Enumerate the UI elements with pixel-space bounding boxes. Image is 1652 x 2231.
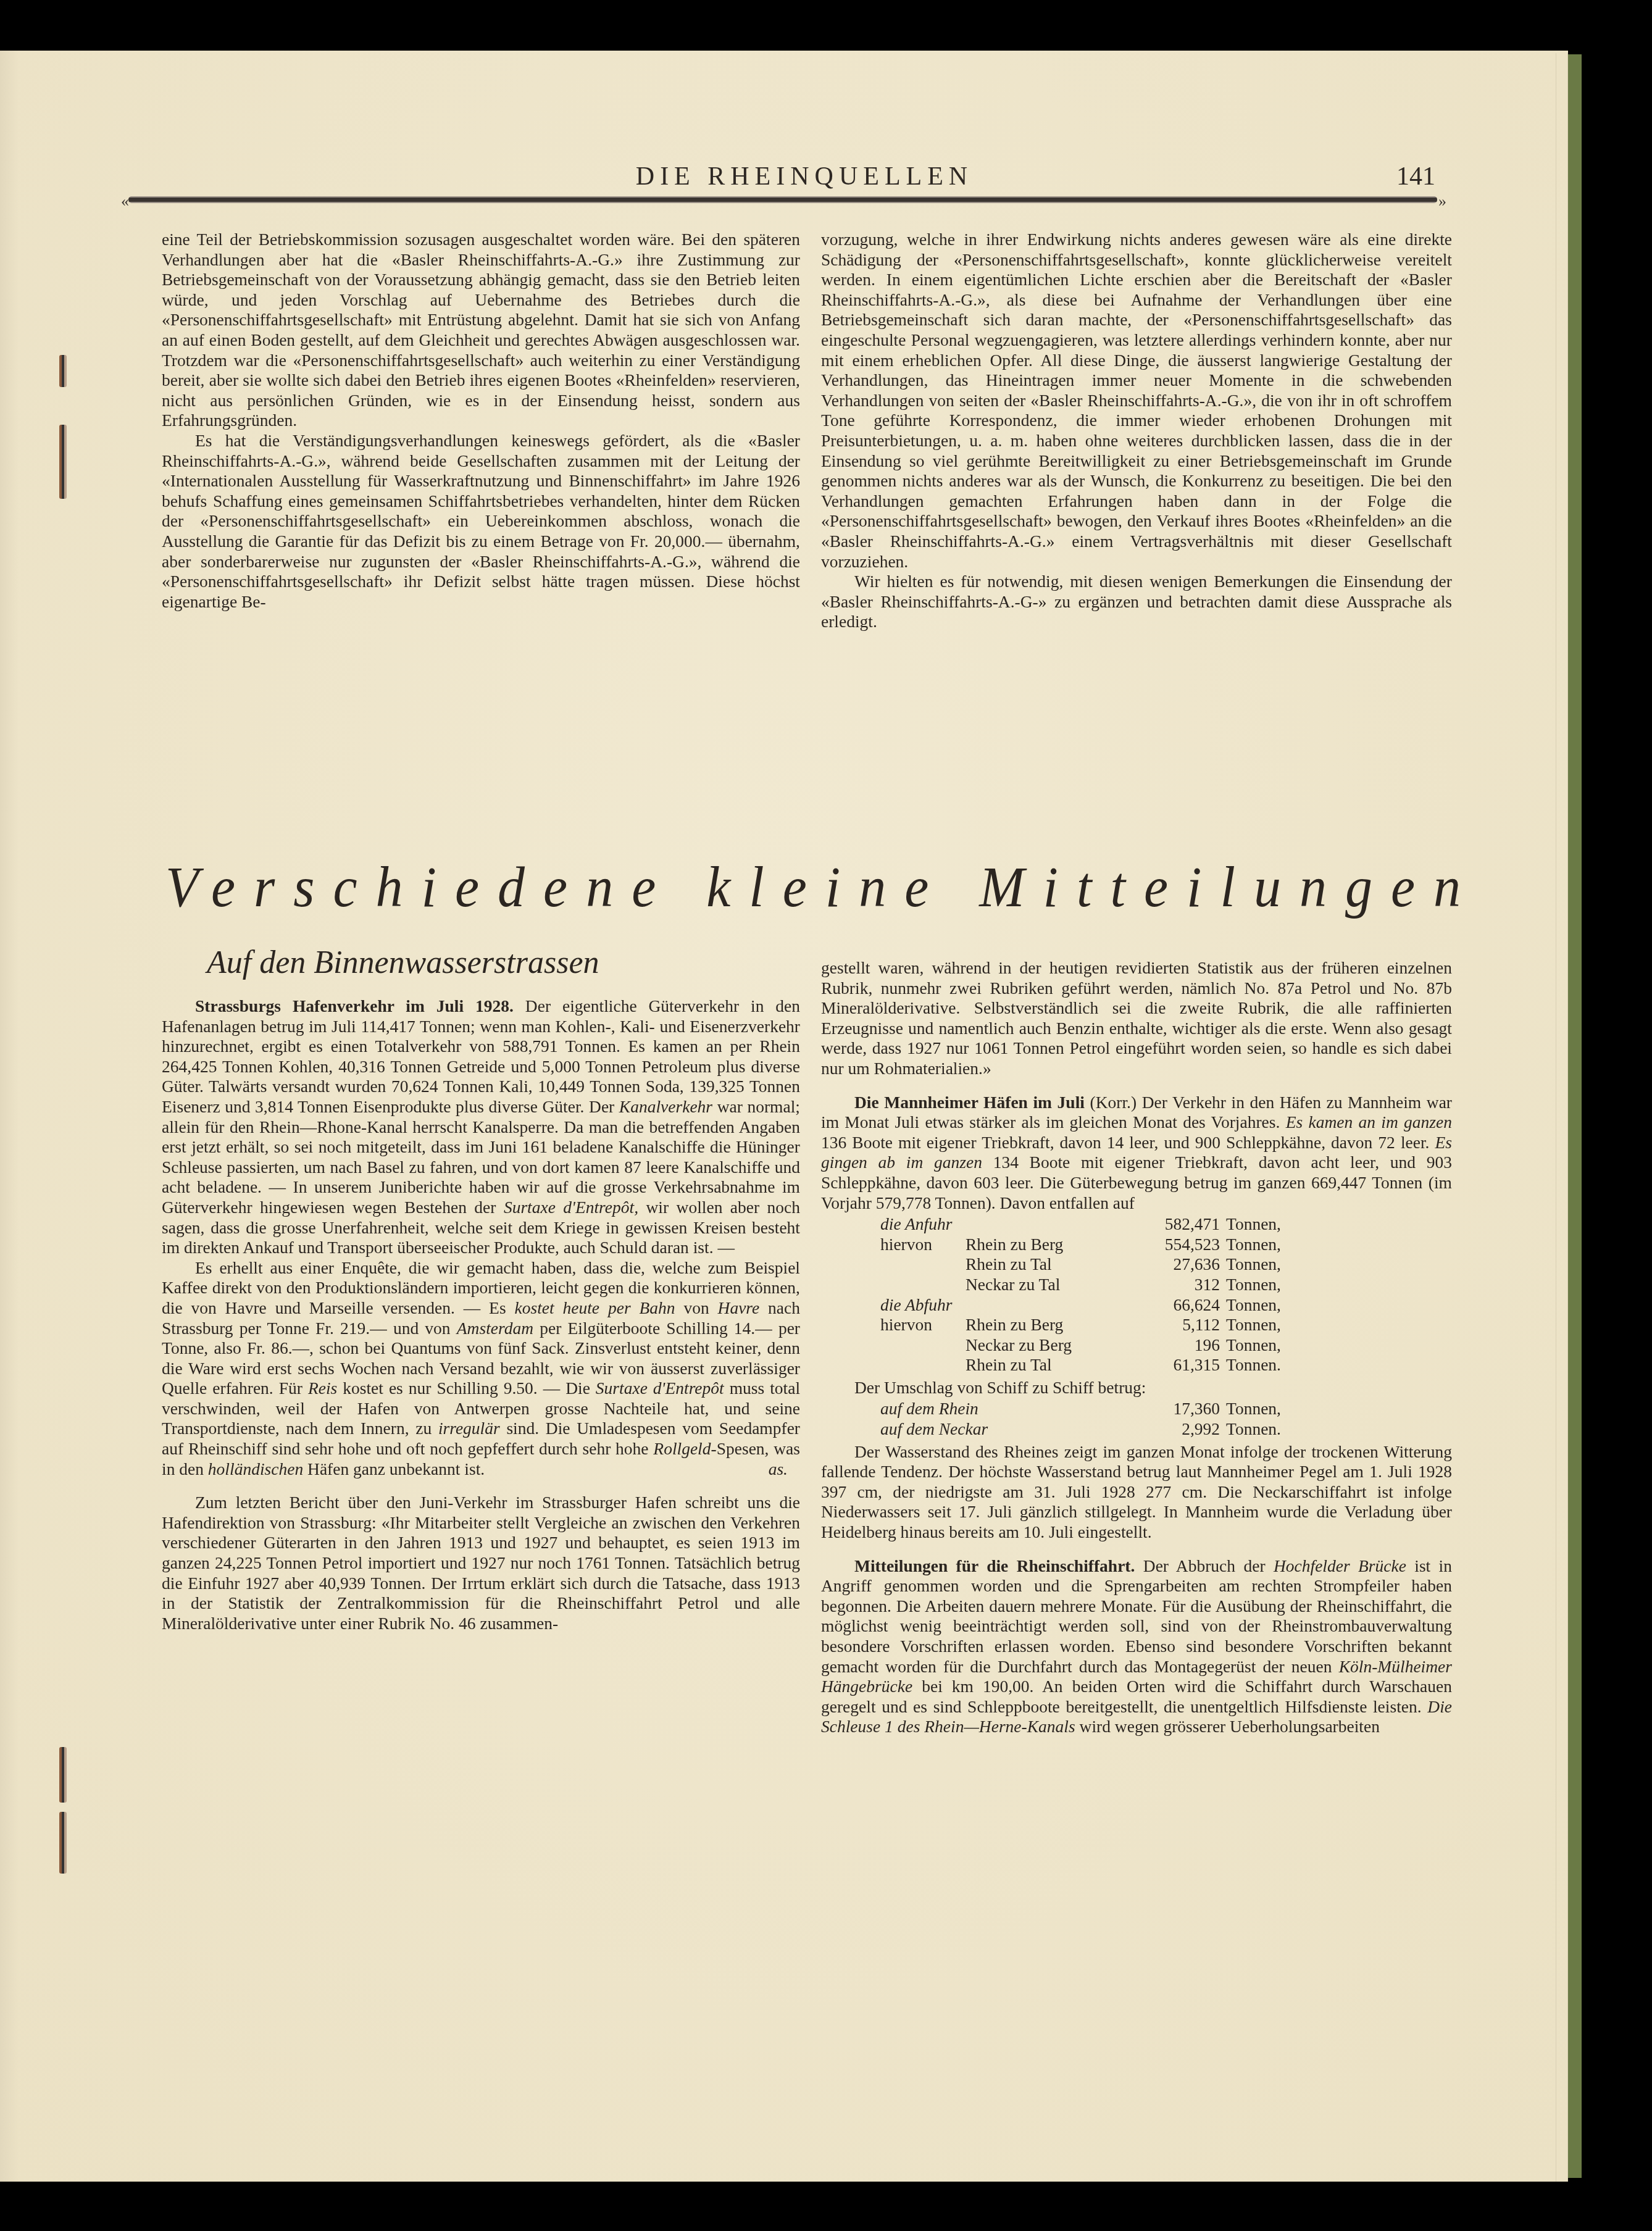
row-unit: Tonnen. xyxy=(1220,1419,1281,1440)
row-value: 61,315 xyxy=(1140,1355,1220,1375)
staple-icon xyxy=(59,425,67,499)
umschlag-intro: Der Umschlag von Schiff zu Schiff betrug… xyxy=(821,1378,1452,1398)
rule-left-ornament-icon: « xyxy=(121,192,129,211)
row-label: die Anfuhr xyxy=(821,1214,1140,1235)
wasserstand-paragraph: Der Wasserstand des Rheines zeigt im gan… xyxy=(821,1442,1452,1543)
news-right-column: gestellt waren, während in der heutigen … xyxy=(821,958,1452,1737)
row-value: 312 xyxy=(1140,1275,1220,1295)
row-value: 17,360 xyxy=(1140,1399,1220,1419)
mannheim-heading: Die Mannheimer Häfen im Juli xyxy=(854,1093,1085,1112)
row-unit: Tonnen, xyxy=(1220,1315,1281,1335)
row-unit: Tonnen, xyxy=(1220,1214,1281,1235)
paragraph: vorzugung, welche in ihrer Endwirkung ni… xyxy=(821,230,1452,572)
paragraph: Es hat die Verständigungsverhandlungen k… xyxy=(162,431,800,612)
table-row: hiervonRhein zu Berg554,523Tonnen, xyxy=(821,1235,1452,1255)
section-title: Verschiedene kleine Mitteilungen xyxy=(165,855,1456,920)
row-unit: Tonnen, xyxy=(1220,1295,1281,1316)
paragraph: gestellt waren, während in der heutigen … xyxy=(821,958,1452,1079)
mitteilungen-paragraph: Mitteilungen für die Rheinschiffahrt. De… xyxy=(821,1556,1452,1737)
strassburg-paragraph: Es erhellt aus einer Enquête, die wir ge… xyxy=(162,1258,800,1480)
row-label: Neckar zu Berg xyxy=(821,1335,1140,1356)
row-value: 27,636 xyxy=(1140,1254,1220,1275)
row-value: 2,992 xyxy=(1140,1419,1220,1440)
row-value: 66,624 xyxy=(1140,1295,1220,1316)
table-row: auf dem Rhein17,360Tonnen, xyxy=(821,1399,1452,1419)
row-label: Neckar zu Tal xyxy=(821,1275,1140,1295)
row-unit: Tonnen. xyxy=(1220,1355,1281,1375)
author-signature: as. xyxy=(735,1459,788,1480)
row-value: 196 xyxy=(1140,1335,1220,1356)
rule-right-ornament-icon: » xyxy=(1438,192,1446,211)
page-number: 141 xyxy=(1396,162,1435,191)
row-unit: Tonnen, xyxy=(1220,1235,1281,1255)
table-row: auf dem Neckar2,992Tonnen. xyxy=(821,1419,1452,1440)
row-unit: Tonnen, xyxy=(1220,1275,1281,1295)
row-label: die Abfuhr xyxy=(821,1295,1140,1316)
article-left-column: eine Teil der Betriebskommission sozusag… xyxy=(162,230,800,612)
row-label: hiervonRhein zu Berg xyxy=(821,1315,1140,1335)
staple-icon xyxy=(59,1812,67,1874)
umschlag-table: auf dem Rhein17,360Tonnen,auf dem Neckar… xyxy=(821,1399,1452,1439)
table-row: Neckar zu Berg196Tonnen, xyxy=(821,1335,1452,1356)
row-label: Rhein zu Tal xyxy=(821,1254,1140,1275)
row-value: 554,523 xyxy=(1140,1235,1220,1255)
section-subtitle: Auf den Binnenwasserstrassen xyxy=(207,945,599,981)
binding-gutter xyxy=(0,51,19,2182)
news-left-column: Strassburgs Hafenverkehr im Juli 1928. D… xyxy=(162,996,800,1633)
row-value: 582,471 xyxy=(1140,1214,1220,1235)
row-unit: Tonnen, xyxy=(1220,1399,1281,1419)
table-row: die Abfuhr66,624Tonnen, xyxy=(821,1295,1452,1316)
row-label: Rhein zu Tal xyxy=(821,1355,1140,1375)
row-unit: Tonnen, xyxy=(1220,1254,1281,1275)
mannheim-paragraph: Die Mannheimer Häfen im Juli (Korr.) Der… xyxy=(821,1093,1452,1214)
table-row: hiervonRhein zu Berg5,112Tonnen, xyxy=(821,1315,1452,1335)
strassburg-correction-paragraph: Zum letzten Bericht über den Juni-Verkeh… xyxy=(162,1493,800,1633)
staple-icon xyxy=(59,355,67,387)
cover-edge xyxy=(1568,54,1582,2178)
table-row: Rhein zu Tal27,636Tonnen, xyxy=(821,1254,1452,1275)
mitteilungen-heading: Mitteilungen für die Rheinschiffahrt. xyxy=(854,1556,1135,1575)
row-label: auf dem Neckar xyxy=(821,1419,1140,1440)
strassburg-heading: Strassburgs Hafenverkehr im Juli 1928. xyxy=(195,996,514,1015)
row-unit: Tonnen, xyxy=(1220,1335,1281,1356)
table-row: die Anfuhr582,471Tonnen, xyxy=(821,1214,1452,1235)
row-value: 5,112 xyxy=(1140,1315,1220,1335)
strassburg-paragraph: Strassburgs Hafenverkehr im Juli 1928. D… xyxy=(162,996,800,1258)
row-label: auf dem Rhein xyxy=(821,1399,1140,1419)
paragraph: eine Teil der Betriebskommission sozusag… xyxy=(162,230,800,431)
page-stack-edge xyxy=(1556,53,1568,2182)
staple-icon xyxy=(59,1747,67,1803)
header-rule xyxy=(128,196,1437,203)
article-right-column: vorzugung, welche in ihrer Endwirkung ni… xyxy=(821,230,1452,632)
table-row: Rhein zu Tal61,315Tonnen. xyxy=(821,1355,1452,1375)
mannheim-cargo-table: die Anfuhr582,471Tonnen,hiervonRhein zu … xyxy=(821,1214,1452,1375)
table-row: Neckar zu Tal312Tonnen, xyxy=(821,1275,1452,1295)
paragraph: Wir hielten es für notwendig, mit diesen… xyxy=(821,572,1452,632)
row-label: hiervonRhein zu Berg xyxy=(821,1235,1140,1255)
